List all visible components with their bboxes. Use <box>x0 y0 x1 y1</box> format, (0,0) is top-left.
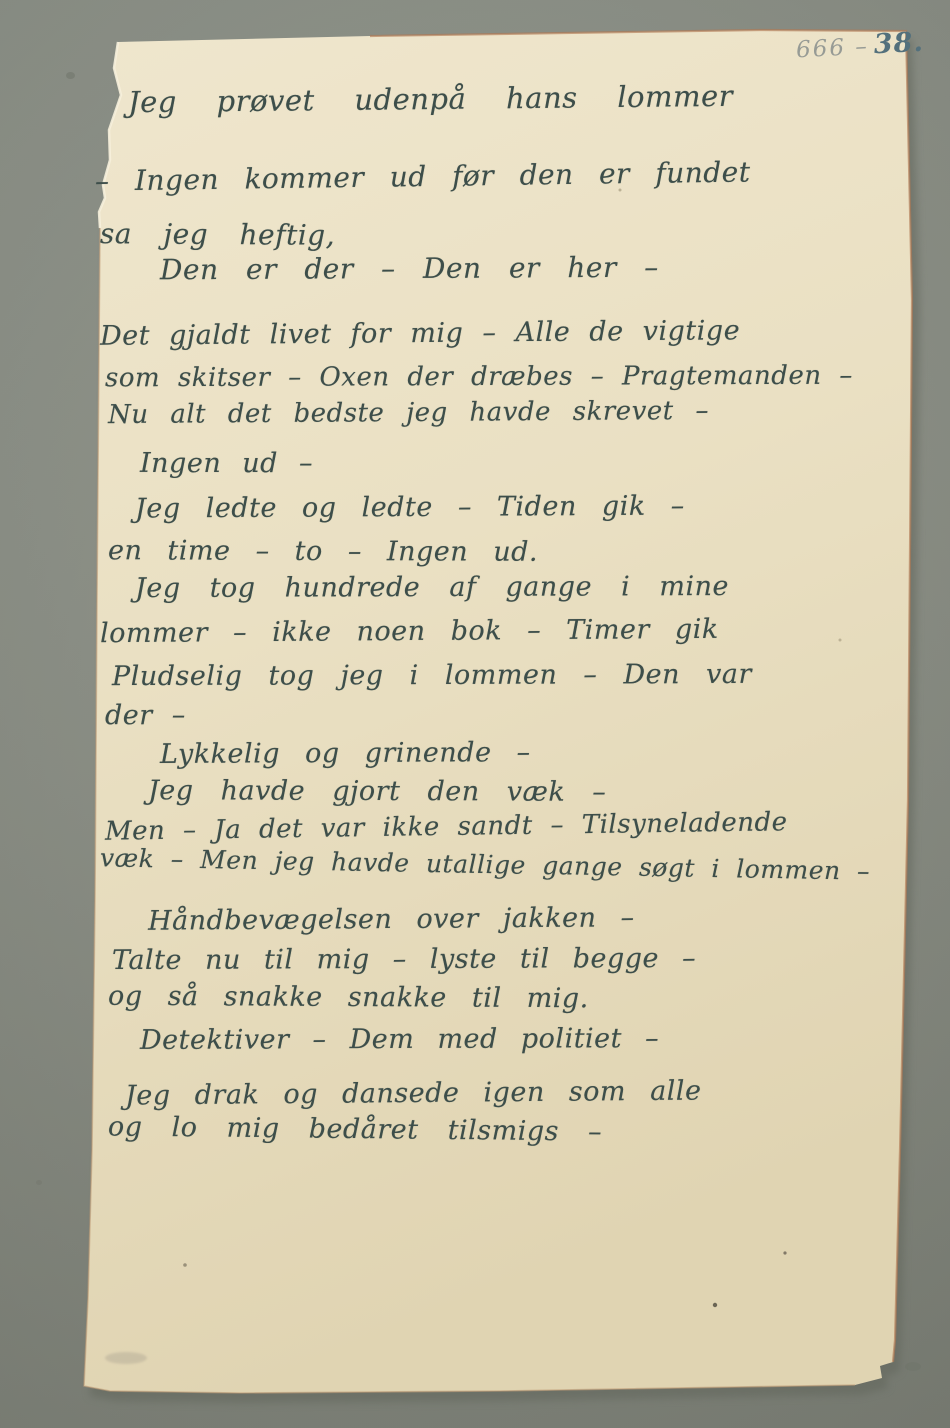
paper-speck <box>839 639 842 642</box>
paper-speck <box>713 1303 717 1307</box>
page-number-pencil: 666 – <box>795 34 869 64</box>
pencil-smudge <box>105 1352 147 1364</box>
paper-speck <box>783 1251 786 1254</box>
paper-speck <box>619 189 622 192</box>
page-number-ink: 38. <box>873 27 925 61</box>
paper-sheet <box>0 0 950 1428</box>
paper-face <box>84 30 912 1393</box>
paper-speck <box>183 1263 187 1267</box>
